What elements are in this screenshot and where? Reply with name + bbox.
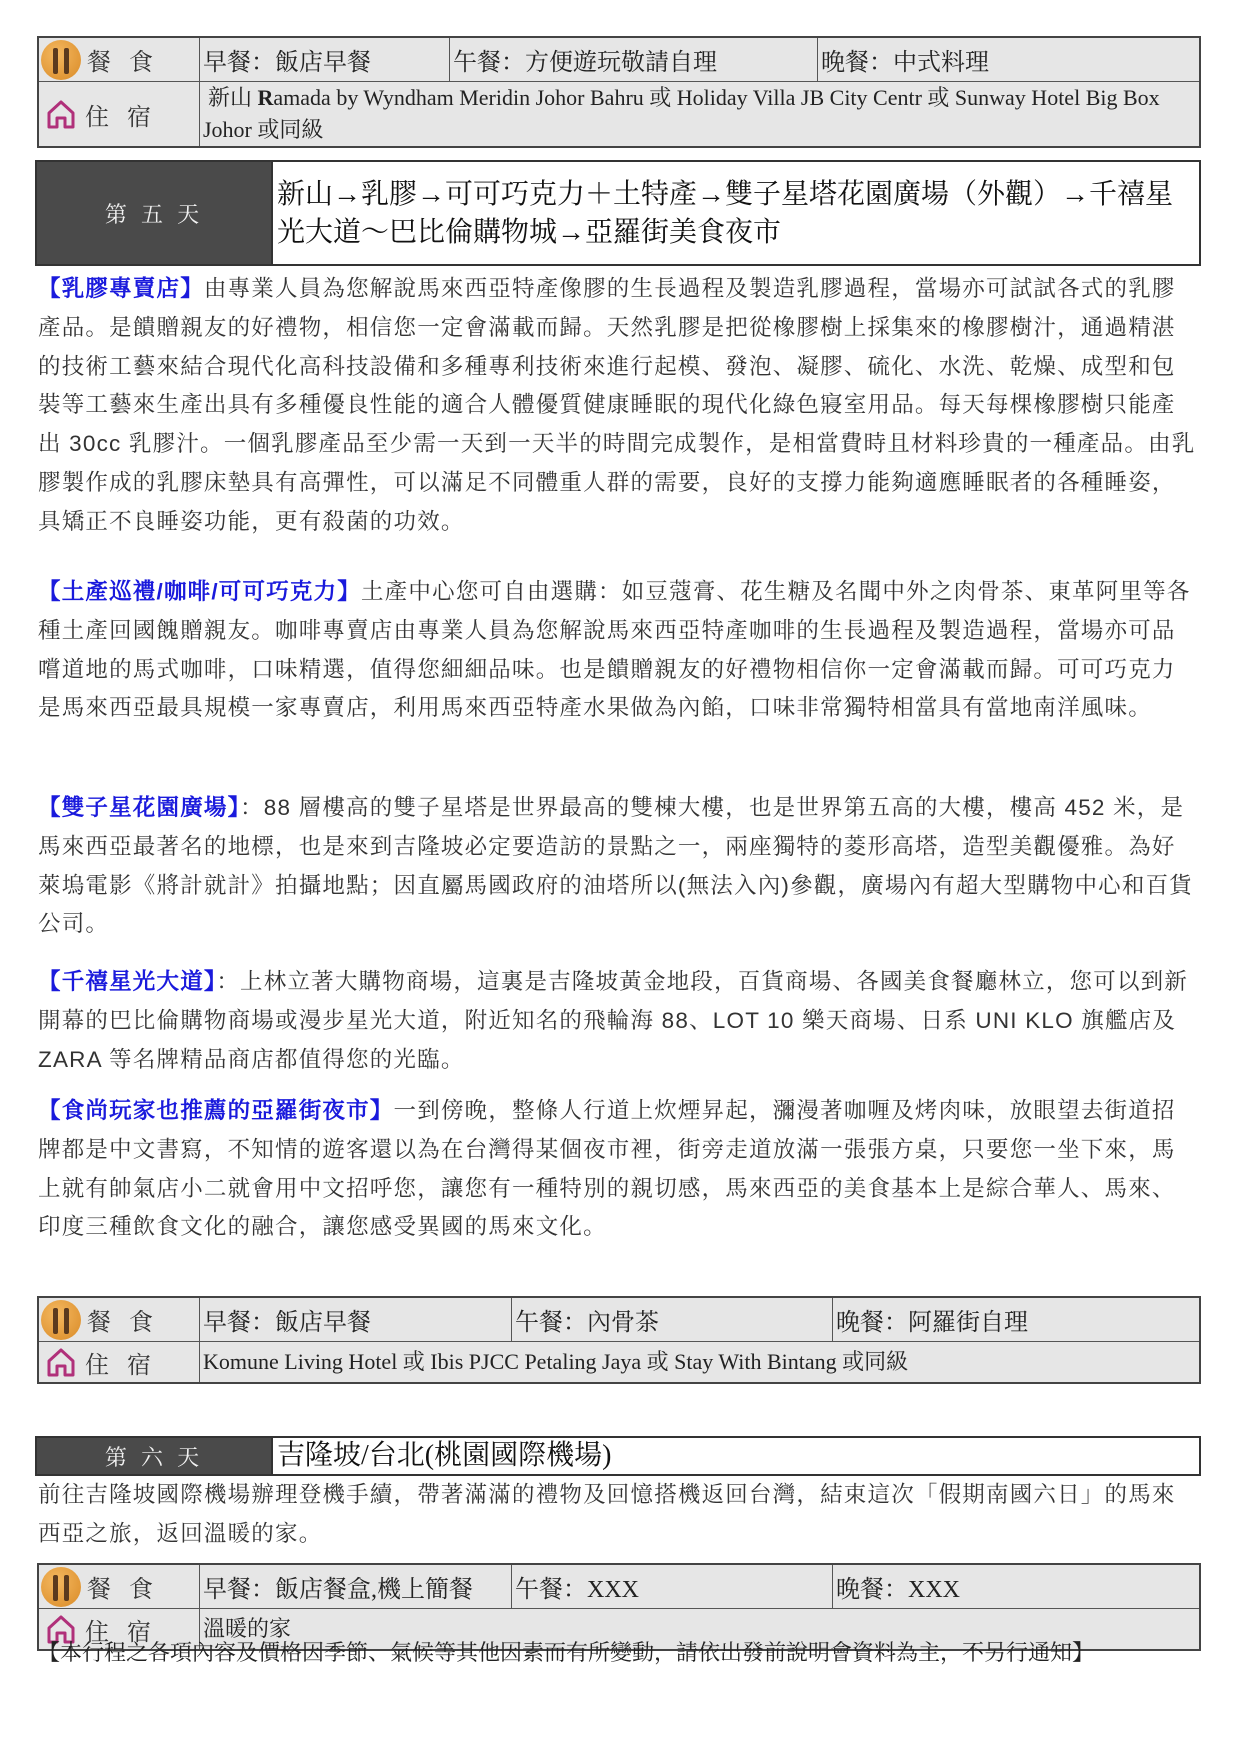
footer-disclaimer: 【本行程之各項內容及價格因季節、氣候等其他因素而有所變動，請依出發前說明會資料為… [38, 1636, 1094, 1667]
day5-header: 第 五 天 新山→乳膠→可可巧克力＋土特產→雙子星塔花園廣場（外觀）→千禧星光大… [35, 160, 1201, 266]
lodging-label: 住 宿 [85, 1345, 157, 1380]
dinner-cell: 晚餐：中式料理 [818, 38, 1199, 81]
section-twin-towers: 【雙子星花園廣場】：88 層樓高的雙子星塔是世界最高的雙棟大樓，也是世界第五高的… [38, 789, 1198, 944]
meal-row: 餐 食 早餐：飯店早餐 午餐：內骨茶 晚餐：阿羅街自理 [39, 1298, 1199, 1342]
meal-label-cell: 餐 食 [39, 1565, 200, 1608]
day5-title: 新山→乳膠→可可巧克力＋土特產→雙子星塔花園廣場（外觀）→千禧星光大道～巴比倫購… [273, 160, 1201, 266]
lunch-cell: 午餐：內骨茶 [512, 1298, 833, 1341]
meal-label-cell: 餐 食 [39, 38, 200, 81]
meal-row: 餐 食 早餐：飯店餐盒,機上簡餐 午餐：XXX 晚餐：XXX [39, 1565, 1199, 1609]
lodging-label-cell: 住 宿 [39, 1342, 200, 1382]
day6-header: 第 六 天 吉隆坡/台北(桃園國際機場) [35, 1436, 1201, 1476]
meal-label: 餐 食 [87, 1569, 159, 1604]
meal-label-cell: 餐 食 [39, 1298, 200, 1341]
day6-label: 第 六 天 [35, 1436, 273, 1476]
section-body: 由專業人員為您解說馬來西亞特產像膠的生長過程及製造乳膠過程，當場亦可試試各式的乳… [38, 276, 1195, 534]
breakfast-cell: 早餐：飯店餐盒,機上簡餐 [200, 1565, 512, 1608]
section-millennium-walk: 【千禧星光大道】：上林立著大購物商場，這裏是吉隆坡黃金地段，百貨商場、各國美食餐… [38, 963, 1198, 1079]
section-heading: 【土產巡禮/咖啡/可可巧克力】 [38, 579, 361, 604]
house-icon [45, 1346, 77, 1378]
lodging-hotels: amada by Wyndham Meridin Johor Bahru 或 H… [203, 85, 1160, 142]
fork-knife-icon [41, 1300, 81, 1340]
breakfast-cell: 早餐：飯店早餐 [200, 1298, 512, 1341]
section-latex-store: 【乳膠專賣店】由專業人員為您解說馬來西亞特產像膠的生長過程及製造乳膠過程，當場亦… [38, 270, 1198, 542]
day6-title: 吉隆坡/台北(桃園國際機場) [273, 1436, 1201, 1476]
day4-meal-lodging-table: 餐 食 早餐：飯店早餐 午餐：方便遊玩敬請自理 晚餐：中式料理 住 宿 新山 R… [37, 36, 1201, 148]
lodging-cell: Komune Living Hotel 或 Ibis PJCC Petaling… [200, 1342, 1199, 1382]
day5-meal-lodging-table: 餐 食 早餐：飯店早餐 午餐：內骨茶 晚餐：阿羅街自理 住 宿 Komune L… [37, 1296, 1201, 1384]
section-heading: 【千禧星光大道】 [38, 969, 216, 994]
fork-knife-icon [41, 1567, 81, 1607]
section-heading: 【雙子星花園廣場】 [38, 795, 240, 820]
meal-label: 餐 食 [87, 42, 159, 77]
section-local-products: 【土產巡禮/咖啡/可可巧克力】土產中心您可自由選購：如豆蔻膏、花生糖及名聞中外之… [38, 573, 1198, 728]
section-heading: 【乳膠專賣店】 [38, 276, 204, 301]
lodging-cell: 新山 Ramada by Wyndham Meridin Johor Bahru… [200, 82, 1199, 146]
day6-description: 前往吉隆坡國際機場辦理登機手續，帶著滿滿的禮物及回憶搭機返回台灣，結束這次「假期… [38, 1476, 1198, 1554]
section-alor-night-market: 【食尚玩家也推薦的亞羅街夜市】一到傍晚，整條人行道上炊煙昇起，瀰漫著咖喱及烤肉味… [38, 1092, 1198, 1247]
lunch-cell: 午餐：方便遊玩敬請自理 [450, 38, 818, 81]
lodging-label-cell: 住 宿 [39, 82, 200, 146]
lodging-initial: R [258, 85, 274, 110]
house-icon [45, 98, 77, 130]
lodging-prefix: 新山 [203, 85, 258, 110]
dinner-cell: 晚餐：阿羅街自理 [833, 1298, 1199, 1341]
fork-knife-icon [41, 40, 81, 80]
meal-row: 餐 食 早餐：飯店早餐 午餐：方便遊玩敬請自理 晚餐：中式料理 [39, 38, 1199, 82]
breakfast-cell: 早餐：飯店早餐 [200, 38, 450, 81]
dinner-cell: 晚餐：XXX [833, 1565, 1199, 1608]
lodging-row: 住 宿 新山 Ramada by Wyndham Meridin Johor B… [39, 82, 1199, 146]
section-heading: 【食尚玩家也推薦的亞羅街夜市】 [38, 1098, 394, 1123]
lodging-row: 住 宿 Komune Living Hotel 或 Ibis PJCC Peta… [39, 1342, 1199, 1382]
day5-label: 第 五 天 [35, 160, 273, 266]
lunch-cell: 午餐：XXX [512, 1565, 833, 1608]
lodging-label: 住 宿 [85, 97, 157, 132]
meal-label: 餐 食 [87, 1302, 159, 1337]
